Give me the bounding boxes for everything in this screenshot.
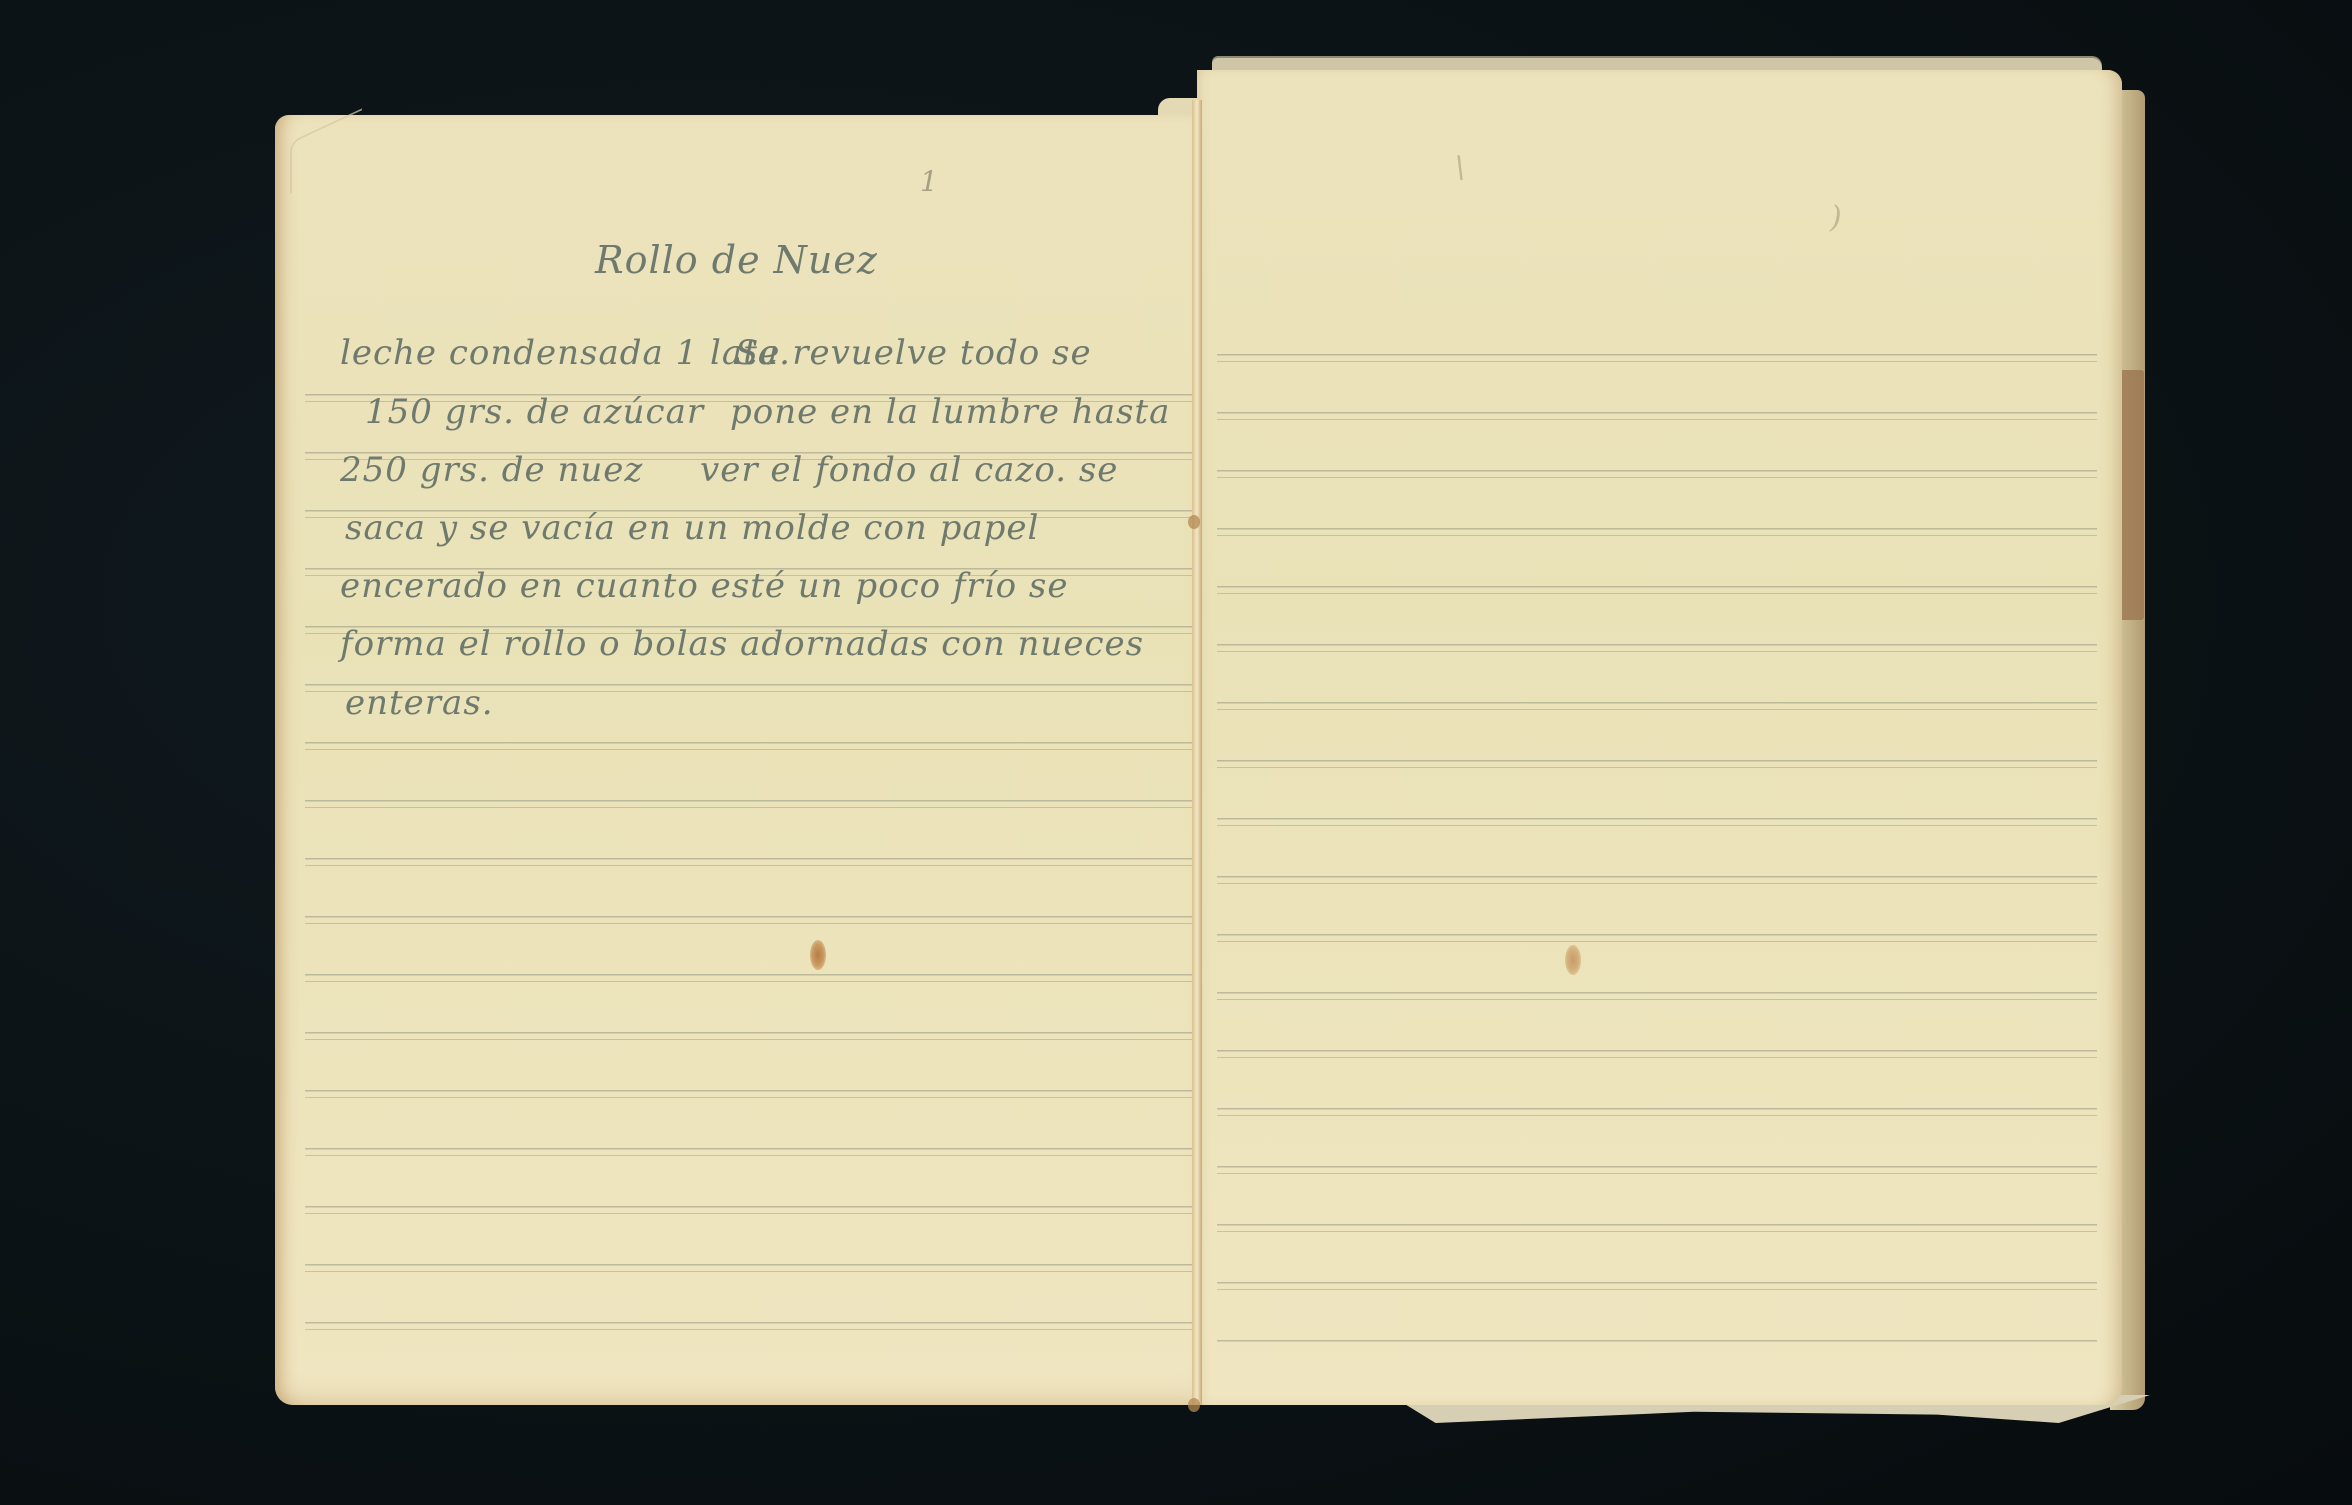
pencil-mark: \ — [1455, 150, 1465, 185]
ingredient-line: 250 grs. de nuez — [340, 450, 643, 490]
binding-hole — [1188, 1398, 1200, 1412]
pencil-mark: ) — [1830, 200, 1842, 235]
edge-stain — [2120, 370, 2144, 620]
instruction-line: forma el rollo o bolas adornadas con nue… — [340, 624, 1144, 664]
stain-spot-right — [1565, 945, 1581, 975]
ingredient-line: leche condensada 1 lata. — [340, 333, 791, 373]
left-page — [275, 115, 1197, 1405]
ingredient-line: 150 grs. de azúcar — [365, 392, 704, 432]
instruction-line: encerado en cuanto esté un poco frío se — [340, 566, 1069, 606]
instruction-line: enteras. — [345, 683, 494, 723]
spine-gutter — [1192, 100, 1202, 1405]
instruction-line: pone en la lumbre hasta — [730, 392, 1170, 432]
binding-hole — [1188, 515, 1200, 529]
ruled-lines — [1217, 340, 2097, 1345]
instruction-line: Se revuelve todo se — [735, 333, 1092, 373]
page-number: 1 — [920, 165, 938, 198]
instruction-line: ver el fondo al cazo. se — [700, 450, 1118, 490]
stain-spot-left — [810, 940, 826, 970]
right-page — [1197, 70, 2122, 1405]
instruction-line: saca y se vacía en un molde con papel — [345, 508, 1039, 548]
recipe-title: Rollo de Nuez — [595, 238, 878, 282]
